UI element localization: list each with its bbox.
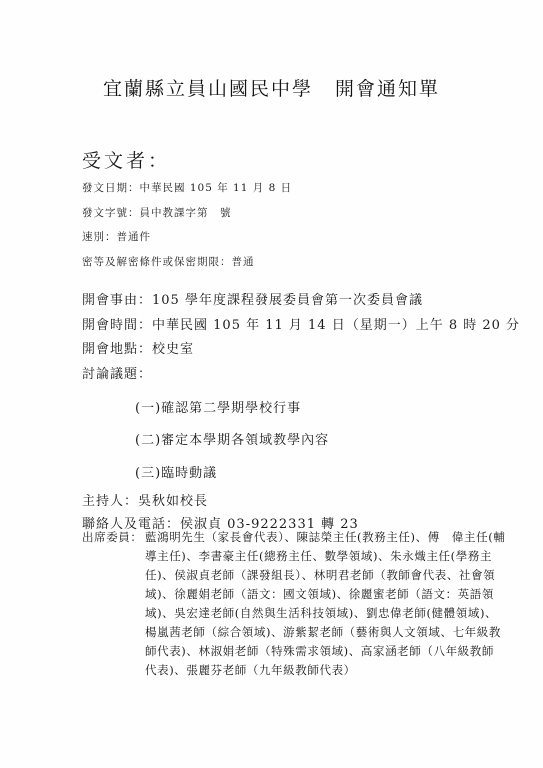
document-title: 宜蘭縣立員山國民中學開會通知單 [0,74,543,101]
attendees-line: 楊嵐茜老師（綜合領域)、游紫絜老師（藝術與人文領域、七年級教 [145,624,501,640]
chair: 主持人：吳秋如校長 [82,490,208,509]
attendees-line: 域)、徐麗娟老師（語文：國文領域)、徐麗蜜老師（語文：英語領 [145,586,494,602]
attendees-line: 師代表)、林淑娟老師（特殊需求領域)、高家涵老師（八年級教師 [145,643,494,659]
meeting-place-label: 開會地點： [82,342,152,357]
attendees-line: 任)、侯淑貞老師（課發組長）、林明君老師（教師會代表、社會領 [145,567,495,583]
meeting-reason-label: 開會事由： [82,293,152,308]
chair-label: 主持人： [82,494,138,509]
document-page: 宜蘭縣立員山國民中學開會通知單 受文者： 發文日期：中華民國 105 年 11 … [0,0,543,768]
title-type: 開會通知單 [335,78,440,100]
confidentiality-label: 密等及解密條件或保密期限： [82,256,232,268]
recipient-label: 受文者： [82,146,170,173]
attendees-label: 出席委員： [82,529,143,545]
speed-class: 速別：普通件 [82,229,151,244]
issue-date: 發文日期：中華民國 105 年 11 月 8 日 [82,180,292,195]
agenda-item-3: (三)臨時動議 [135,462,217,481]
attendees-line: 代表)、張麗芬老師（九年級教師代表） [145,662,356,678]
agenda-item-1: (一)確認第二學期學校行事 [135,397,301,416]
title-school: 宜蘭縣立員山國民中學 [103,78,313,100]
speed-class-label: 速別： [82,231,117,243]
attendees-line: 導主任)、李書豪主任(總務主任、數學領域)、朱永熾主任(學務主 [145,548,492,564]
meeting-time-value: 中華民國 105 年 11 月 14 日（星期一）上午 8 時 20 分 [152,318,520,333]
issue-date-value: 中華民國 105 年 11 月 8 日 [140,182,293,194]
meeting-time-label: 開會時間： [82,318,152,333]
confidentiality-value: 普通 [232,256,255,268]
issue-date-label: 發文日期： [82,182,140,194]
meeting-place: 開會地點：校史室 [82,338,194,357]
meeting-reason-value: 105 學年度課程發展委員會第一次委員會議 [152,293,423,308]
issue-number-value: 員中教課字第 號 [140,207,232,219]
meeting-place-value: 校史室 [152,342,194,357]
chair-value: 吳秋如校長 [138,494,208,509]
issue-number: 發文字號：員中教課字第 號 [82,205,232,220]
meeting-time: 開會時間：中華民國 105 年 11 月 14 日（星期一）上午 8 時 20 … [82,314,520,333]
attendees-line: 藍鴻明先生（家長會代表）、陳誌榮主任(教務主任)、傅 偉主任(輔 [145,529,505,545]
discussion-topics-label: 討論議題： [82,363,152,382]
agenda-item-2: (二)審定本學期各領域教學內容 [135,429,329,448]
issue-number-label: 發文字號： [82,207,140,219]
attendees-line: 域)、吳宏達老師(自然與生活科技領域)、劉忠偉老師(健體領域)、 [145,605,497,621]
confidentiality: 密等及解密條件或保密期限：普通 [82,254,255,269]
meeting-reason: 開會事由：105 學年度課程發展委員會第一次委員會議 [82,289,423,308]
speed-class-value: 普通件 [117,231,152,243]
